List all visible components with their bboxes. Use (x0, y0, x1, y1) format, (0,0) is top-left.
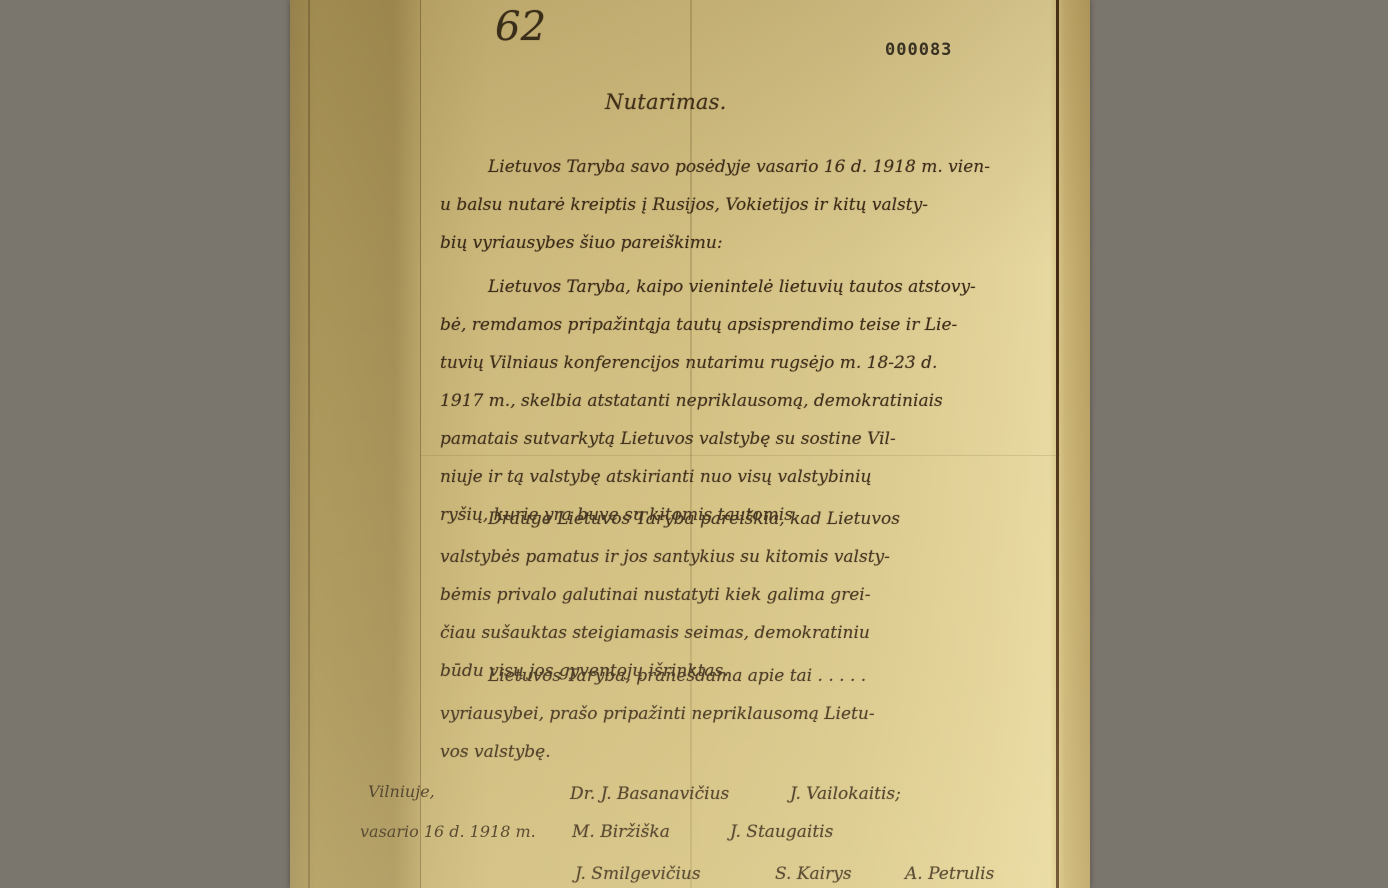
signature: J. Smilgevičius (575, 864, 701, 884)
signature: A. Petrulis (905, 864, 994, 884)
text-line: Lietuvos Taryba, kaipo vienintelė lietuv… (440, 268, 1055, 306)
text-line: Lietuvos Taryba, pranešdama apie tai . .… (440, 657, 1055, 695)
text-line: vyriausybei, prašo pripažinti nepriklaus… (440, 695, 1055, 733)
archive-number: 000083 (885, 40, 952, 60)
paragraph-1: Lietuvos Taryba savo posėdyje vasario 16… (440, 148, 1055, 262)
signature: S. Kairys (775, 864, 852, 884)
place-date: Vilniuje, vasario 16 d. 1918 m. (360, 772, 536, 852)
signature: Dr. J. Basanavičius (570, 784, 729, 804)
date: vasario 16 d. 1918 m. (360, 812, 536, 852)
signature: J. Staugaitis (730, 822, 833, 842)
text-line: pamatais sutvarkytą Lietuvos valstybę su… (440, 420, 1055, 458)
document-title: Nutarimas. (605, 90, 727, 114)
text-line: vos valstybę. (440, 733, 1055, 771)
signature: M. Biržiška (572, 822, 670, 842)
page-number: 62 (495, 4, 546, 50)
text-line: čiau sušauktas steigiamasis seimas, demo… (440, 614, 1055, 652)
paragraph-2: Lietuvos Taryba, kaipo vienintelė lietuv… (440, 268, 1055, 534)
text-line: bėmis privalo galutinai nustatyti kiek g… (440, 576, 1055, 614)
text-line: 1917 m., skelbia atstatanti nepriklausom… (440, 382, 1055, 420)
document-page: 62 000083 Nutarimas. Lietuvos Taryba sav… (290, 0, 1090, 888)
signature-block: Vilniuje, vasario 16 d. 1918 m. Dr. J. B… (360, 772, 1060, 888)
text-line: u balsu nutarė kreiptis į Rusijos, Vokie… (440, 186, 1055, 224)
binding-edge (308, 0, 310, 888)
text-line: valstybės pamatus ir jos santykius su ki… (440, 538, 1055, 576)
signature: J. Vailokaitis; (790, 784, 901, 804)
paragraph-4: Lietuvos Taryba, pranešdama apie tai . .… (440, 657, 1055, 771)
place: Vilniuje, (360, 772, 536, 812)
text-line: tuvių Vilniaus konferencijos nutarimu ru… (440, 344, 1055, 382)
text-line: niuje ir tą valstybę atskirianti nuo vis… (440, 458, 1055, 496)
text-line: Lietuvos Taryba savo posėdyje vasario 16… (440, 148, 1055, 186)
binding-strip (290, 0, 421, 888)
text-line: Drauge Lietuvos Taryba pareiškia, kad Li… (440, 500, 1055, 538)
text-line: bių vyriausybes šiuo pareiškimu: (440, 224, 1055, 262)
margin-rule (1056, 0, 1059, 888)
text-line: bė, remdamos pripažintąja tautų apsispre… (440, 306, 1055, 344)
